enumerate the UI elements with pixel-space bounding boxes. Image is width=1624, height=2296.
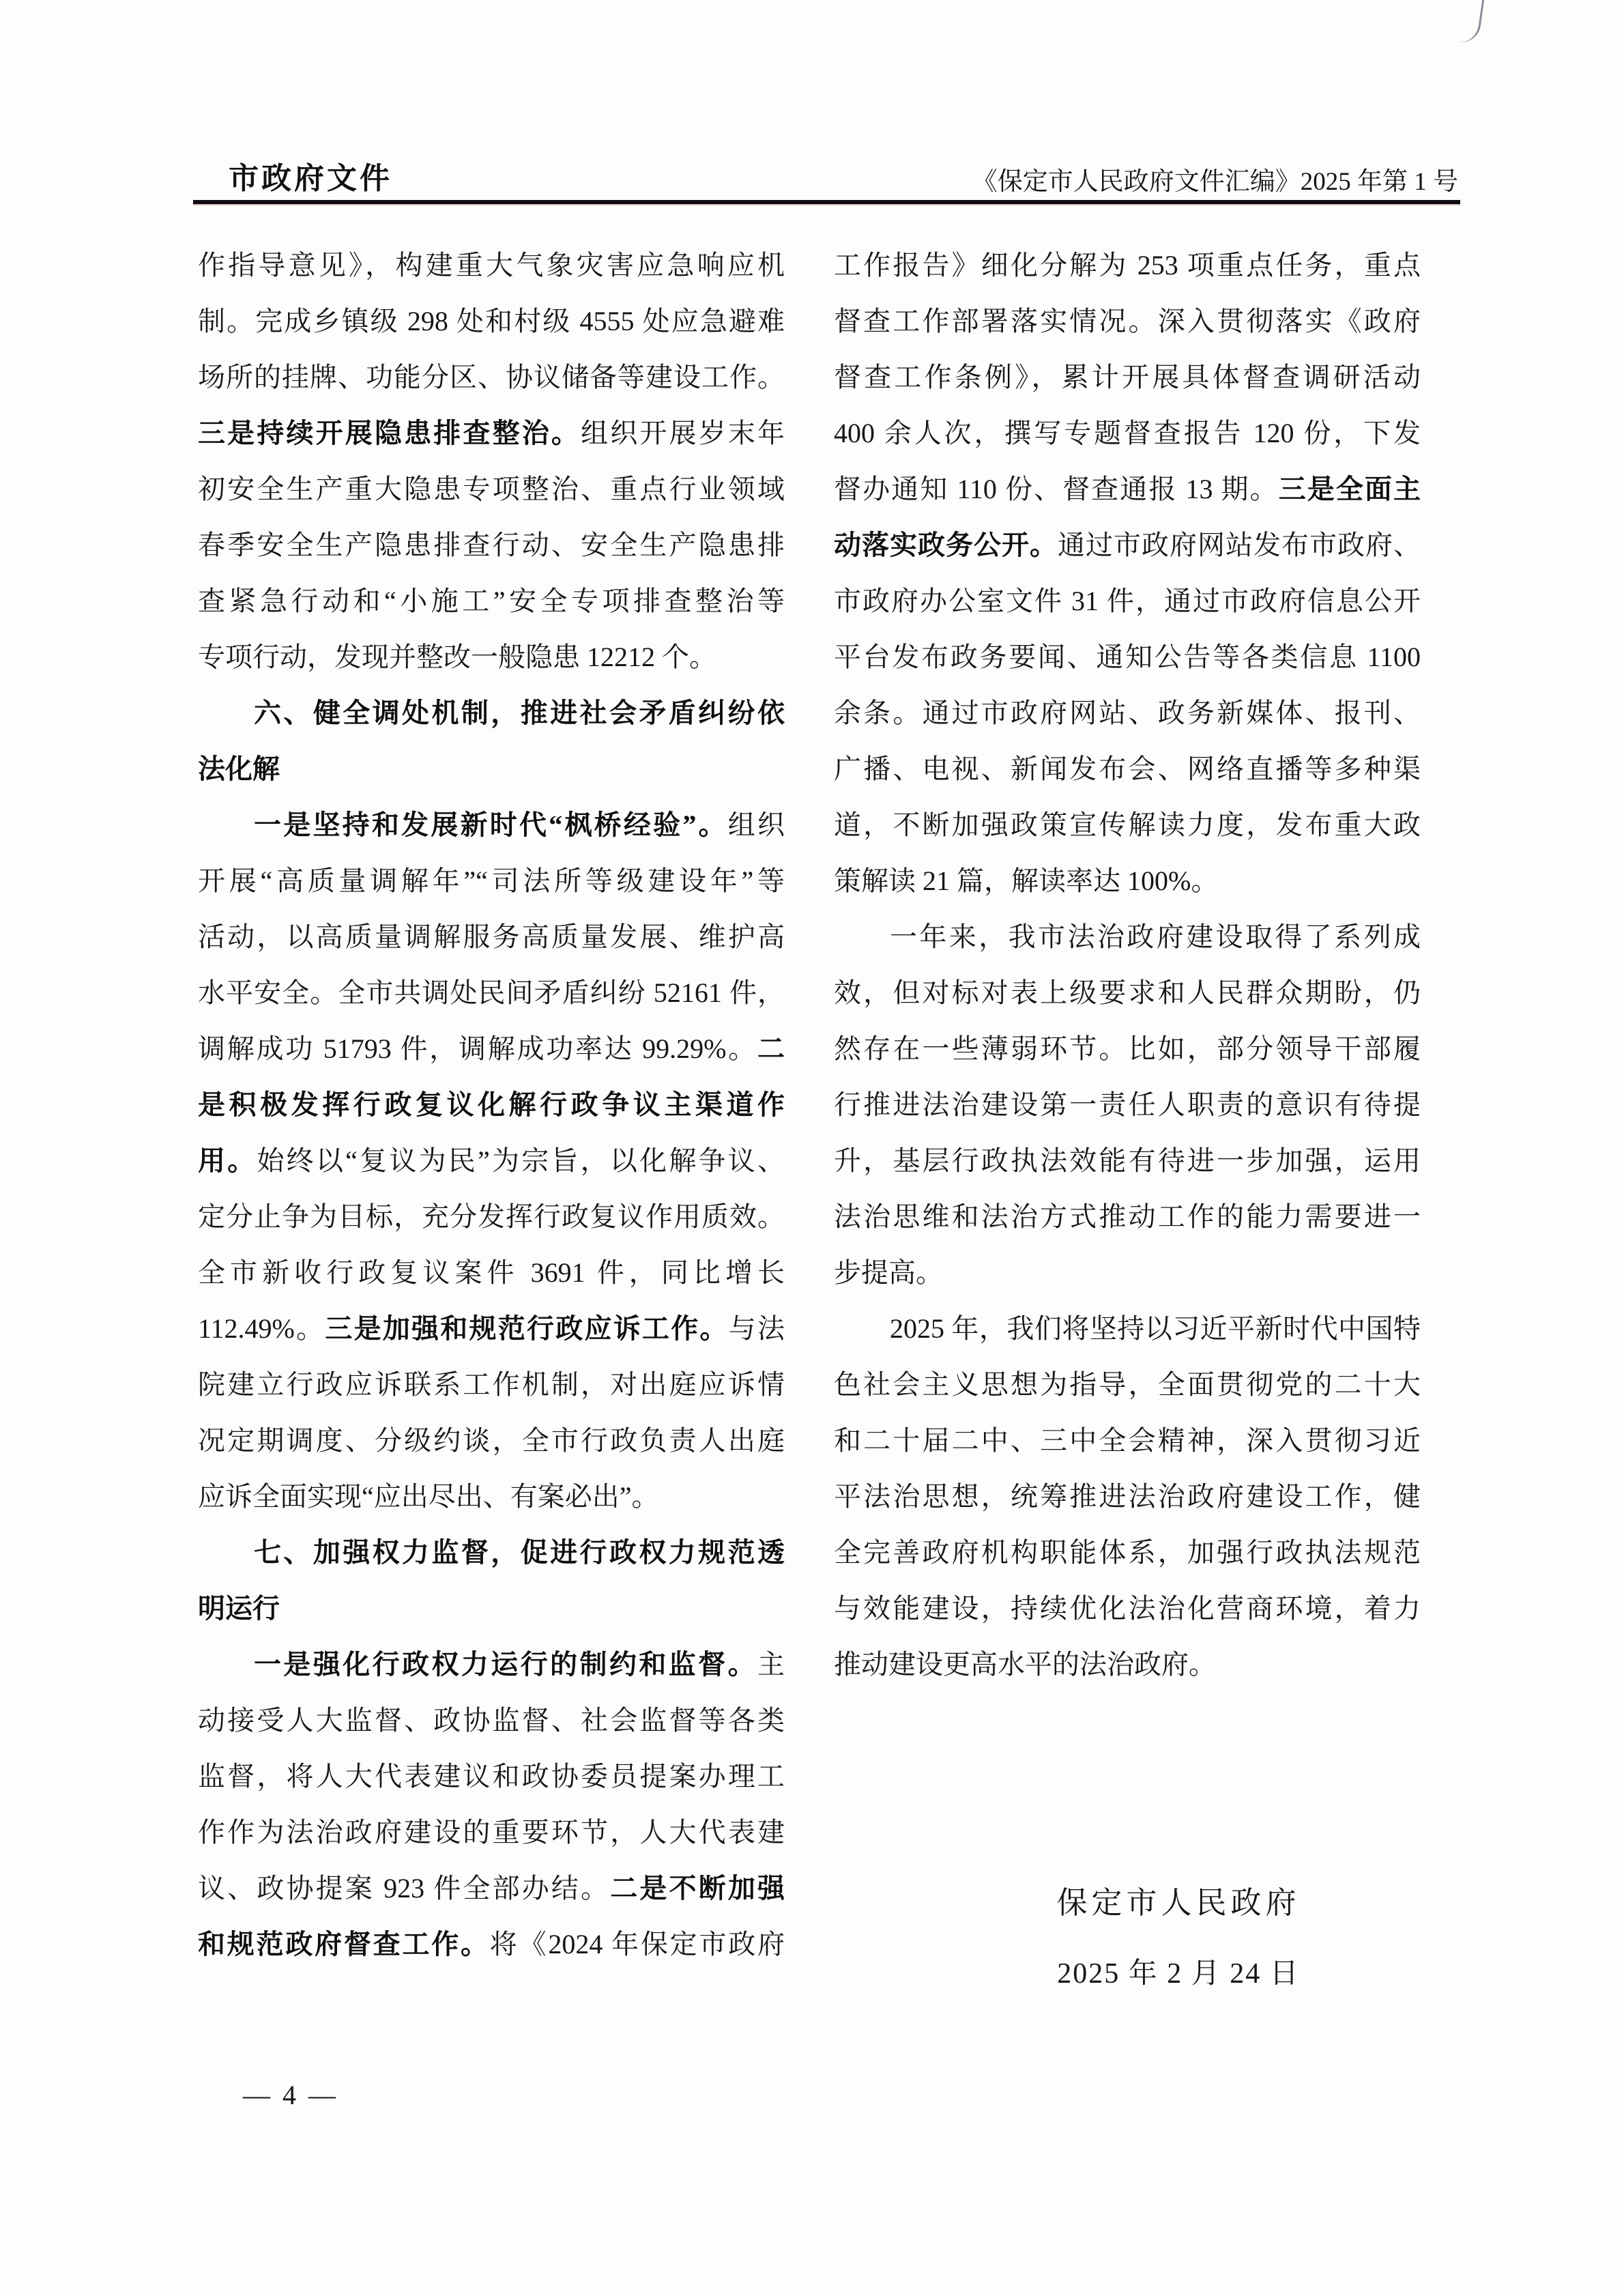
text-line: 活动，以高质量调解服务高质量发展、维护高 <box>198 909 785 965</box>
body-text: 初安全生产重大隐患专项整治、重点行业领域 <box>198 474 785 504</box>
document-page: 市政府文件 《保定市人民政府文件汇编》2025 年第 1 号 作指导意见》，构建… <box>0 0 1624 2296</box>
text-line: 与效能建设，持续优化法治化营商环境，着力 <box>834 1581 1421 1637</box>
text-line: 作作为法治政府建设的重要环节，人大代表建 <box>198 1805 785 1861</box>
text-line: 督查工作条例》，累计开展具体督查调研活动 <box>834 349 1421 405</box>
signature-block: 保定市人民政府 2025 年 2 月 24 日 <box>885 1881 1472 1993</box>
emphasis-text: 三是持续开展隐患排查整治。 <box>198 418 581 448</box>
header-right-label: 《保定市人民政府文件汇编》2025 年第 1 号 <box>972 168 1458 197</box>
text-line: 效，但对标对表上级要求和人民群众期盼，仍 <box>834 965 1421 1021</box>
text-line: 专项行动，发现并整改一般隐患 12212 个。 <box>198 629 785 685</box>
emphasis-text: 用。 <box>198 1145 257 1176</box>
text-line: 和规范政府督查工作。将《2024 年保定市政府 <box>198 1917 785 1972</box>
body-text: 通过市政府网站发布市政府、 <box>1058 530 1421 560</box>
emphasis-text: 和规范政府督查工作。 <box>198 1929 490 1960</box>
body-text: 全完善政府机构职能体系，加强行政执法规范 <box>834 1537 1421 1568</box>
text-line: 动落实政务公开。通过市政府网站发布市政府、 <box>834 517 1421 573</box>
body-text: 效，但对标对表上级要求和人民群众期盼，仍 <box>834 977 1421 1008</box>
section-heading-line: 明运行 <box>198 1581 785 1637</box>
body-text: 升，基层行政执法效能有待进一步加强，运用 <box>834 1145 1421 1176</box>
body-text: 始终以“复议为民”为宗旨，以化解争议、 <box>257 1145 785 1176</box>
section-heading-line: 法化解 <box>198 741 785 797</box>
header-left-label: 市政府文件 <box>229 162 392 195</box>
body-text: 开展“高质量调解年”“司法所等级建设年”等 <box>198 865 785 896</box>
text-line: 推动建设更高水平的法治政府。 <box>834 1637 1421 1693</box>
text-line: 督办通知 110 份、督查通报 13 期。三是全面主 <box>834 461 1421 517</box>
text-line: 然存在一些薄弱环节。比如，部分领导干部履 <box>834 1021 1421 1077</box>
text-line: 制。完成乡镇级 298 处和村级 4555 处应急避难 <box>198 293 785 349</box>
body-text: 平台发布政务要闻、通知公告等各类信息 1100 <box>834 642 1421 672</box>
text-line: 调解成功 51793 件，调解成功率达 99.29%。二 <box>198 1021 785 1077</box>
text-line: 策解读 21 篇，解读率达 100%。 <box>834 853 1421 909</box>
text-line: 余条。通过市政府网站、政务新媒体、报刊、 <box>834 685 1421 741</box>
body-text: 督查工作部署落实情况。深入贯彻落实《政府 <box>834 306 1421 336</box>
signature-date: 2025 年 2 月 24 日 <box>885 1955 1472 1993</box>
text-line: 市政府办公室文件 31 件，通过市政府信息公开 <box>834 573 1421 629</box>
page-number: — 4 — <box>243 2078 338 2113</box>
text-line: 水平安全。全市共调处民间矛盾纠纷 52161 件， <box>198 965 785 1021</box>
body-text: 主 <box>757 1649 785 1680</box>
body-text: 和二十届二中、三中全会精神，深入贯彻习近 <box>834 1425 1421 1456</box>
body-text: 定分止争为目标，充分发挥行政复议作用质效。 <box>198 1201 785 1232</box>
body-text: 活动，以高质量调解服务高质量发展、维护高 <box>198 921 785 952</box>
text-line: 院建立行政应诉联系工作机制，对出庭应诉情 <box>198 1357 785 1413</box>
body-text: 与效能建设，持续优化法治化营商环境，着力 <box>834 1593 1421 1624</box>
text-line: 一年来，我市法治政府建设取得了系列成 <box>834 909 1421 965</box>
text-line: 步提高。 <box>834 1245 1421 1301</box>
text-line: 升，基层行政执法效能有待进一步加强，运用 <box>834 1133 1421 1189</box>
left-text-column: 作指导意见》，构建重大气象灾害应急响应机制。完成乡镇级 298 处和村级 455… <box>198 238 785 1972</box>
text-line: 开展“高质量调解年”“司法所等级建设年”等 <box>198 853 785 909</box>
body-text: 112.49%。 <box>198 1313 325 1344</box>
body-text: 督查工作条例》，累计开展具体督查调研活动 <box>834 362 1421 392</box>
text-line: 法治思维和法治方式推动工作的能力需要进一 <box>834 1189 1421 1245</box>
text-line: 全完善政府机构职能体系，加强行政执法规范 <box>834 1525 1421 1581</box>
body-text: 与法 <box>729 1313 785 1344</box>
body-text: 水平安全。全市共调处民间矛盾纠纷 52161 件， <box>198 977 785 1008</box>
emphasis-text: 一是坚持和发展新时代“枫桥经验”。 <box>254 809 728 840</box>
text-line: 一是强化行政权力运行的制约和监督。主 <box>198 1637 785 1693</box>
text-line: 场所的挂牌、功能分区、协议储备等建设工作。 <box>198 349 785 405</box>
text-line: 春季安全生产隐患排查行动、安全生产隐患排 <box>198 517 785 573</box>
body-text: 制。完成乡镇级 298 处和村级 4555 处应急避难 <box>198 306 785 336</box>
body-text: 作作为法治政府建设的重要环节，人大代表建 <box>198 1817 785 1848</box>
body-text: 将《2024 年保定市政府 <box>490 1929 785 1960</box>
body-text: 策解读 21 篇，解读率达 100%。 <box>834 865 1218 896</box>
body-text: 工作报告》细化分解为 253 项重点任务，重点 <box>834 250 1421 281</box>
emphasis-text: 一是强化行政权力运行的制约和监督。 <box>254 1649 757 1680</box>
text-line: 道，不断加强政策宣传解读力度，发布重大政 <box>834 797 1421 853</box>
section-heading-line: 六、健全调处机制，推进社会矛盾纠纷依 <box>198 685 785 741</box>
body-text: 市政府办公室文件 31 件，通过市政府信息公开 <box>834 586 1421 616</box>
text-line: 初安全生产重大隐患专项整治、重点行业领域 <box>198 461 785 517</box>
body-text: 一年来，我市法治政府建设取得了系列成 <box>890 921 1421 952</box>
emphasis-text: 七、加强权力监督，促进行政权力规范透 <box>254 1538 785 1568</box>
emphasis-text: 二是不断加强 <box>610 1873 785 1904</box>
body-text: 组织开展岁末年 <box>581 418 785 448</box>
body-text: 平法治思想，统筹推进法治政府建设工作，健 <box>834 1481 1421 1512</box>
body-text: 议、政协提案 923 件全部办结。 <box>198 1873 610 1904</box>
body-text: 场所的挂牌、功能分区、协议储备等建设工作。 <box>198 362 785 392</box>
text-line: 广播、电视、新闻发布会、网络直播等多种渠 <box>834 741 1421 797</box>
emphasis-text: 三是全面主 <box>1279 474 1421 504</box>
body-text: 色社会主义思想为指导，全面贯彻党的二十大 <box>834 1369 1421 1400</box>
emphasis-text: 法化解 <box>198 754 280 784</box>
body-text: 道，不断加强政策宣传解读力度，发布重大政 <box>834 809 1421 840</box>
body-text: 作指导意见》，构建重大气象灾害应急响应机 <box>198 250 785 281</box>
text-line: 112.49%。三是加强和规范行政应诉工作。与法 <box>198 1301 785 1357</box>
text-line: 应诉全面实现“应出尽出、有案必出”。 <box>198 1469 785 1525</box>
body-text: 春季安全生产隐患排查行动、安全生产隐患排 <box>198 530 785 560</box>
text-line: 用。始终以“复议为民”为宗旨，以化解争议、 <box>198 1133 785 1189</box>
text-line: 是积极发挥行政复议化解行政争议主渠道作 <box>198 1077 785 1133</box>
emphasis-text: 动落实政务公开。 <box>834 530 1058 560</box>
text-line: 全市新收行政复议案件 3691 件，同比增长 <box>198 1245 785 1301</box>
text-line: 作指导意见》，构建重大气象灾害应急响应机 <box>198 238 785 293</box>
emphasis-text: 三是加强和规范行政应诉工作。 <box>325 1313 728 1344</box>
text-line: 督查工作部署落实情况。深入贯彻落实《政府 <box>834 293 1421 349</box>
text-line: 一是坚持和发展新时代“枫桥经验”。组织 <box>198 797 785 853</box>
scan-artifact <box>1458 0 1484 45</box>
body-text: 广播、电视、新闻发布会、网络直播等多种渠 <box>834 754 1421 784</box>
body-text: 监督，将人大代表建议和政协委员提案办理工 <box>198 1761 785 1792</box>
body-text: 动接受人大监督、政协监督、社会监督等各类 <box>198 1705 785 1736</box>
body-text: 院建立行政应诉联系工作机制，对出庭应诉情 <box>198 1369 785 1400</box>
text-line: 动接受人大监督、政协监督、社会监督等各类 <box>198 1693 785 1749</box>
text-line: 和二十届二中、三中全会精神，深入贯彻习近 <box>834 1413 1421 1469</box>
body-text: 况定期调度、分级约谈，全市行政负责人出庭 <box>198 1425 785 1456</box>
text-line: 2025 年，我们将坚持以习近平新时代中国特 <box>834 1301 1421 1357</box>
body-text: 法治思维和法治方式推动工作的能力需要进一 <box>834 1201 1421 1232</box>
emphasis-text: 是积极发挥行政复议化解行政争议主渠道作 <box>198 1089 785 1120</box>
body-text: 余条。通过市政府网站、政务新媒体、报刊、 <box>834 698 1421 728</box>
body-text: 组织 <box>728 809 785 840</box>
emphasis-text: 二 <box>757 1033 785 1064</box>
body-text: 步提高。 <box>834 1257 943 1288</box>
body-text: 全市新收行政复议案件 3691 件，同比增长 <box>198 1257 785 1288</box>
body-text: 400 余人次，撰写专题督查报告 120 份，下发 <box>834 418 1421 448</box>
body-text: 然存在一些薄弱环节。比如，部分领导干部履 <box>834 1033 1421 1064</box>
body-text: 应诉全面实现“应出尽出、有案必出”。 <box>198 1481 659 1512</box>
body-text: 推动建设更高水平的法治政府。 <box>834 1649 1216 1680</box>
text-line: 三是持续开展隐患排查整治。组织开展岁末年 <box>198 405 785 461</box>
header-rule <box>193 200 1460 204</box>
body-text: 督办通知 110 份、督查通报 13 期。 <box>834 474 1279 504</box>
text-line: 定分止争为目标，充分发挥行政复议作用质效。 <box>198 1189 785 1245</box>
text-line: 议、政协提案 923 件全部办结。二是不断加强 <box>198 1861 785 1917</box>
text-line: 色社会主义思想为指导，全面贯彻党的二十大 <box>834 1357 1421 1413</box>
signature-issuer: 保定市人民政府 <box>885 1881 1472 1925</box>
text-line: 行推进法治建设第一责任人职责的意识有待提 <box>834 1077 1421 1133</box>
text-line: 平台发布政务要闻、通知公告等各类信息 1100 <box>834 629 1421 685</box>
body-text: 专项行动，发现并整改一般隐患 12212 个。 <box>198 642 716 672</box>
text-line: 监督，将人大代表建议和政协委员提案办理工 <box>198 1749 785 1805</box>
text-line: 查紧急行动和“小施工”安全专项排查整治等 <box>198 573 785 629</box>
emphasis-text: 六、健全调处机制，推进社会矛盾纠纷依 <box>254 698 785 728</box>
body-text: 行推进法治建设第一责任人职责的意识有待提 <box>834 1089 1421 1120</box>
body-text: 2025 年，我们将坚持以习近平新时代中国特 <box>890 1313 1421 1344</box>
body-text: 调解成功 51793 件，调解成功率达 99.29%。 <box>198 1033 757 1064</box>
section-heading-line: 七、加强权力监督，促进行政权力规范透 <box>198 1525 785 1581</box>
right-text-column: 工作报告》细化分解为 253 项重点任务，重点督查工作部署落实情况。深入贯彻落实… <box>834 238 1421 1693</box>
emphasis-text: 明运行 <box>198 1594 280 1624</box>
text-line: 平法治思想，统筹推进法治政府建设工作，健 <box>834 1469 1421 1525</box>
body-text: 查紧急行动和“小施工”安全专项排查整治等 <box>198 586 785 616</box>
text-line: 400 余人次，撰写专题督查报告 120 份，下发 <box>834 405 1421 461</box>
text-line: 工作报告》细化分解为 253 项重点任务，重点 <box>834 238 1421 293</box>
text-line: 况定期调度、分级约谈，全市行政负责人出庭 <box>198 1413 785 1469</box>
